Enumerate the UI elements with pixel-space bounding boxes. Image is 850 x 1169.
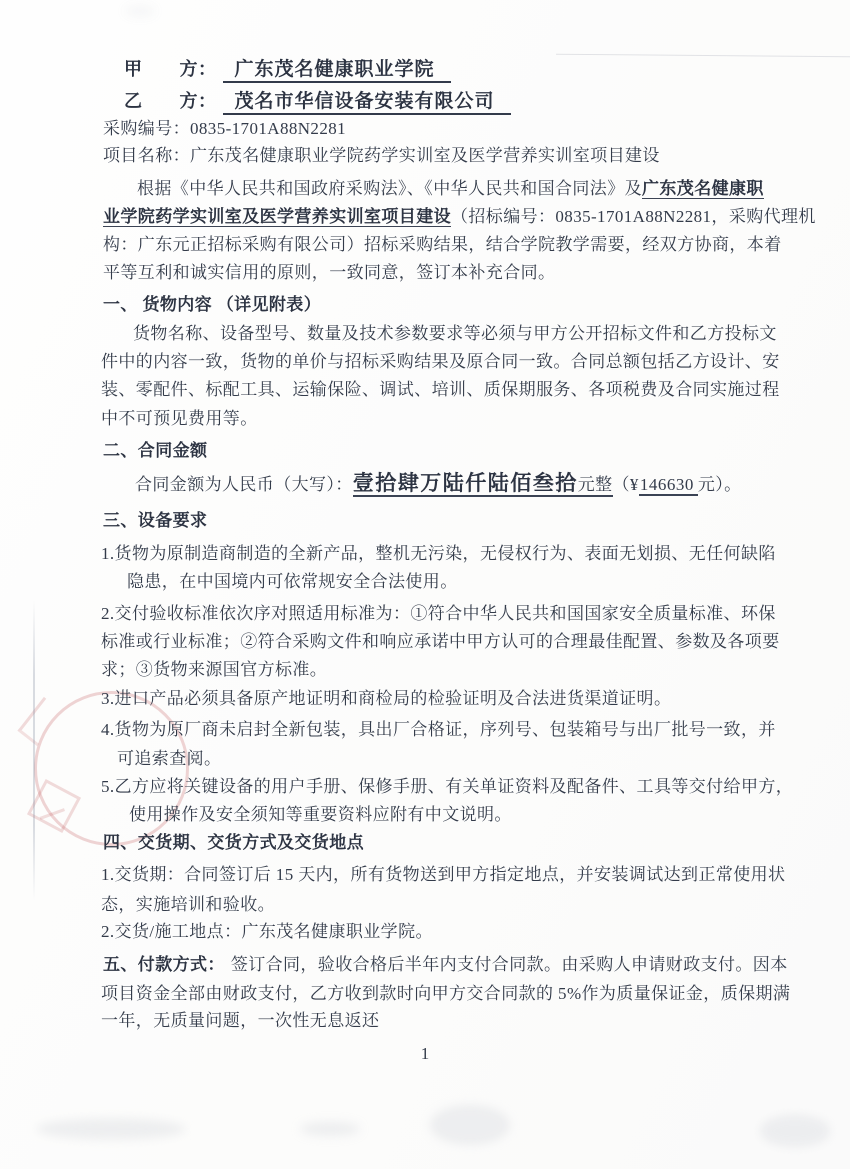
section-3-item-4-line-2: 可追索查阅。	[117, 746, 221, 771]
page-edge-shadow	[33, 600, 35, 900]
section-5-line-3: 一年，无质量问题，一次性无息返还	[101, 1008, 379, 1033]
amount-digits: 146630	[639, 475, 698, 496]
intro-line-4: 平等互利和诚实信用的原则，一致同意，签订本补充合同。	[103, 260, 555, 285]
project-name-line: 项目名称：广东茂名健康职业学院药学实训室及医学营养实训室项目建设	[103, 143, 660, 168]
party-a-line: 甲 方：广东茂名健康职业学院	[124, 56, 451, 83]
section-2-title: 二、合同金额	[103, 438, 207, 463]
scan-smudge	[125, 6, 155, 16]
intro-text: （招标编号：0835-1701A88N2281，采购代理机	[451, 207, 816, 226]
section-4-item-1-line-1: 1.交货期：合同签订后 15 天内，所有货物送到甲方指定地点，并安装调试达到正常…	[101, 862, 785, 887]
amount-capitals: 壹拾肆万陆仟陆佰叁拾	[353, 471, 578, 495]
section-4-item-1-line-2: 态，实施培训和验收。	[101, 892, 275, 917]
section-1-title: 一、 货物内容 （详见附表）	[103, 292, 321, 317]
section-3-item-4-line-1: 4.货物为原厂商未启封全新包装，具出厂合格证，序列号、包装箱号与出厂批号一致，并	[101, 717, 776, 742]
amount-capitals-underlined: 壹拾肆万陆仟陆佰叁拾元整	[353, 475, 613, 497]
section-5-title: 五、付款方式：	[103, 955, 225, 974]
section-1-line-4: 中不可预见费用等。	[101, 406, 258, 431]
section-5-line-1: 五、付款方式：签订合同，验收合格后半年内支付合同款。由采购人申请财政支付。因本	[103, 952, 788, 977]
intro-line-3: 构：广东元正招标采购有限公司）招标采购结果，结合学院教学需要，经双方协商，本着	[103, 232, 782, 257]
project-name-emphasis: 广东茂名健康职	[642, 179, 764, 199]
section-3-item-2-line-3: 求；③货物来源国官方标准。	[101, 657, 327, 682]
party-a-name: 广东茂名健康职业学院	[223, 59, 451, 83]
amount-capitals-suffix: 元整	[578, 475, 613, 494]
amount-prefix: 合同金额为人民币（大写）：	[135, 475, 353, 494]
scan-smudge	[36, 1118, 186, 1140]
section-3-title: 三、设备要求	[103, 508, 207, 533]
party-b-line: 乙 方：茂名市华信设备安装有限公司	[124, 88, 511, 115]
amount-paren-open: （¥	[613, 475, 639, 494]
intro-line-2: 业学院药学实训室及医学营养实训室项目建设（招标编号：0835-1701A88N2…	[103, 204, 816, 229]
section-3-item-5-line-2: 使用操作及安全须知等重要资料应附有中文说明。	[129, 802, 512, 827]
section-1-line-3: 装、零配件、标配工具、运输保险、调试、培训、质保期服务、各项税费及合同实施过程	[101, 377, 780, 402]
section-3-item-2-line-1: 2.交付验收标准依次序对照适用标准为：①符合中华人民共和国国家安全质量标准、环保	[101, 601, 776, 626]
scan-smudge	[430, 1105, 510, 1145]
amount-paren-close: 元）。	[698, 475, 742, 494]
party-a-label: 甲 方：	[124, 59, 217, 79]
purchase-number-line: 采购编号：0835-1701A88N2281	[103, 116, 346, 141]
section-1-line-1: 货物名称、设备型号、数量及技术参数要求等必须与甲方公开招标文件和乙方投标文	[133, 321, 777, 346]
section-3-item-3-line: 3.进口产品必须具备原产地证明和商检局的检验证明及合法进货渠道证明。	[101, 686, 671, 711]
intro-text: 根据《中华人民共和国政府采购法》、《中华人民共和国合同法》及	[137, 179, 642, 198]
section-3-item-1-line-1: 1.货物为原制造商制造的全新产品，整机无污染，无侵权行为、表面无划损、无任何缺陷	[101, 541, 776, 566]
page-number: 1	[0, 1044, 850, 1064]
party-b-label: 乙 方：	[124, 91, 217, 111]
section-5-line-2: 项目资金全部由财政支付，乙方收到款时向甲方交合同款的 5%作为质量保证金，质保期…	[101, 981, 790, 1006]
project-name-emphasis: 业学院药学实训室及医学营养实训室项目建设	[103, 207, 451, 227]
intro-line-1: 根据《中华人民共和国政府采购法》、《中华人民共和国合同法》及广东茂名健康职	[137, 176, 764, 201]
section-3-item-1-line-2: 隐患，在中国境内可依常规安全合法使用。	[127, 569, 458, 594]
section-1-line-2: 件中的内容一致，货物的单价与招标采购结果及原合同一致。合同总额包括乙方设计、安	[101, 349, 780, 374]
scanned-contract-page: 甲 方：广东茂名健康职业学院 乙 方：茂名市华信设备安装有限公司 采购编号：08…	[0, 0, 850, 1169]
section-4-item-2-line: 2.交货/施工地点：广东茂名健康职业学院。	[101, 919, 433, 944]
contract-amount-line: 合同金额为人民币（大写）：壹拾肆万陆仟陆佰叁拾元整（¥146630元）。	[135, 468, 742, 500]
section-4-title: 四、交货期、交货方式及交货地点	[103, 830, 364, 855]
section-3-item-2-line-2: 标准或行业标准；②符合采购文件和响应承诺中甲方认可的合理最佳配置、参数及各项要	[101, 629, 780, 654]
section-5-text: 签订合同，验收合格后半年内支付合同款。由采购人申请财政支付。因本	[231, 955, 788, 974]
section-3-item-5-line-1: 5.乙方应将关键设备的用户手册、保修手册、有关单证资料及配备件、工具等交付给甲方…	[101, 774, 793, 799]
scan-smudge	[300, 1122, 360, 1136]
scan-smudge	[760, 1115, 830, 1147]
party-b-name: 茂名市华信设备安装有限公司	[223, 91, 511, 115]
scan-crease-line	[556, 54, 850, 58]
